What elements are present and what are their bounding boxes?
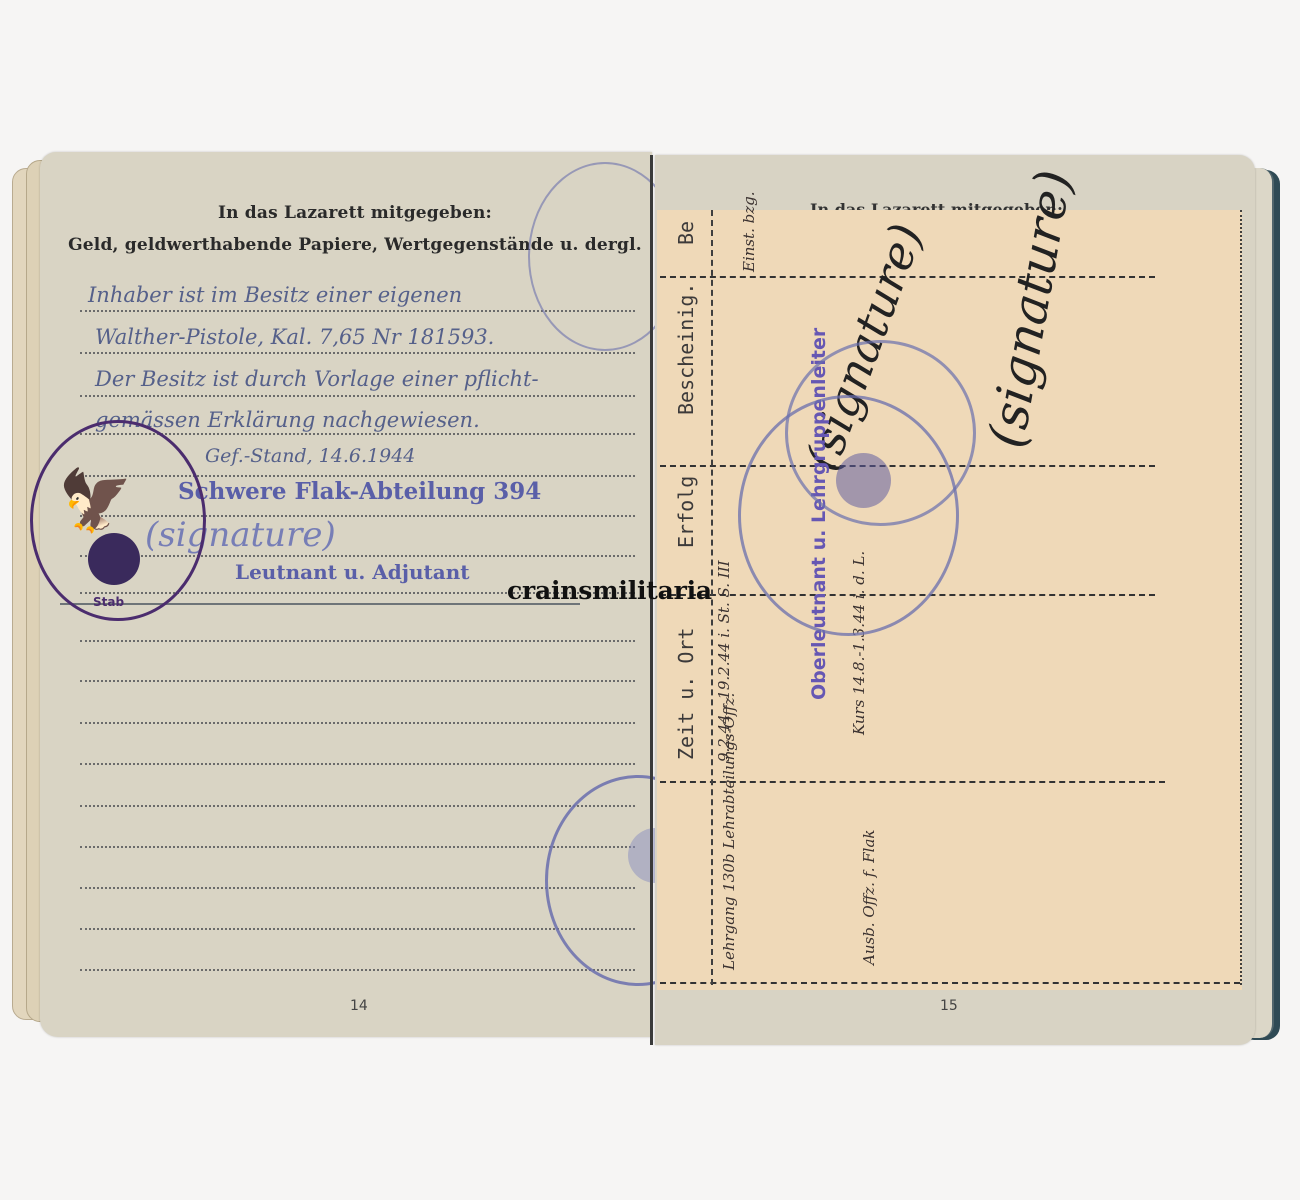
blank-dotted-line [80, 805, 635, 807]
column-header-zeit-ort: Zeit u. Ort [674, 628, 698, 760]
open-paybook: In das Lazarett mitgegeben: Geld, geldwe… [0, 0, 1300, 1200]
handwritten-line-3: Der Besitz ist durch Vorlage einer pflic… [95, 367, 539, 391]
insert-border [1240, 210, 1242, 985]
page-number-left: 14 [350, 998, 368, 1014]
unit-round-stamp: 🦅 Stab [30, 420, 206, 621]
stamp-label-stab: Stab [93, 595, 124, 609]
column-header-erfolg: Erfolg [674, 476, 698, 548]
blank-dotted-line [80, 640, 635, 642]
stamp-seal [88, 533, 140, 585]
entry-1-certification: Einst. bzg. [740, 191, 758, 272]
handwritten-line-1: Inhaber ist im Besitz einer eigenen [88, 283, 462, 307]
page-number-right: 15 [940, 998, 958, 1014]
column-header-be: Be [674, 221, 698, 245]
blank-dotted-line [80, 928, 635, 930]
blank-dotted-line [80, 969, 635, 971]
dotted-line [80, 395, 635, 397]
handwritten-line-2: Walther-Pistole, Kal. 7,65 Nr 181593. [95, 325, 494, 349]
place-date: Gef.-Stand, 14.6.1944 [205, 445, 415, 467]
unit-stamp: Schwere Flak-Abteilung 394 [178, 478, 541, 505]
column-header-bescheinig: Bescheinig. [674, 283, 698, 415]
blank-dotted-line [80, 680, 635, 682]
eagle-emblem-icon: 🦅 [58, 471, 133, 531]
pasted-insert-sheet [657, 210, 1242, 990]
watermark-text: crainsmilitaria [507, 576, 712, 605]
dotted-line [80, 352, 635, 354]
entry-3-note: Ausb. Offz. f. Flak [860, 830, 878, 965]
entry-3-time-place: Lehrgang 130b Lehrabteilungs-Offz. [720, 693, 738, 970]
blank-dotted-line [80, 722, 635, 724]
lehrgruppe-stamp [785, 340, 976, 526]
insert-row-line [660, 982, 1240, 984]
rank-stamp: Leutnant u. Adjutant [235, 560, 470, 584]
blank-dotted-line [80, 763, 635, 765]
